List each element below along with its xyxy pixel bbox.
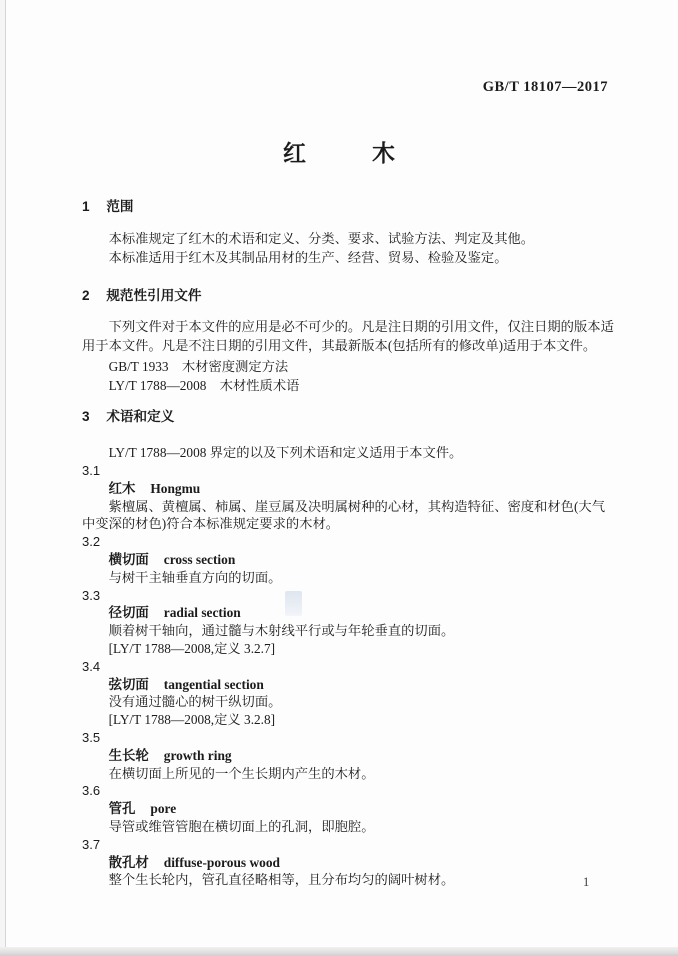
term-definition: 在横切面上所见的一个生长期内产生的木材。 [82, 765, 616, 783]
section-terms-and-definitions: 3 术语和定义 LY/T 1788—2008 界定的以及下列术语和定义适用于本文… [82, 407, 616, 462]
term-source: [LY/T 1788—2008,定义 3.2.8] [82, 711, 616, 729]
term-name-cn: 红木 [109, 481, 136, 496]
document-title-text: 红木 [217, 140, 461, 166]
paragraph: 本标准规定了红木的术语和定义、分类、要求、试验方法、判定及其他。 [82, 229, 616, 248]
term-name-cn: 径切面 [109, 605, 149, 620]
reference-item: GB/T 1933 木材密度测定方法 [82, 357, 616, 376]
term-number: 3.6 [82, 782, 616, 800]
term-definition: 与树干主轴垂直方向的切面。 [82, 569, 616, 587]
term-number: 3.7 [82, 836, 616, 854]
term-name-en: diffuse-porous wood [164, 855, 280, 870]
section-number: 3 [82, 407, 90, 426]
term-title: 横切面cross section [82, 551, 616, 569]
section-normative-references: 2 规范性引用文件 下列文件对于本文件的应用是必不可少的。凡是注日期的引用文件，… [82, 286, 616, 395]
term-number: 3.4 [82, 658, 616, 676]
page-number: 1 [583, 875, 589, 890]
term-definition: 导管或维管管胞在横切面上的孔洞，即胞腔。 [82, 818, 616, 836]
term-name-cn: 生长轮 [109, 748, 149, 763]
term-title: 径切面radial section [82, 604, 616, 622]
term-number: 3.5 [82, 729, 616, 747]
term-name-en: tangential section [164, 677, 264, 692]
section-scope: 1 范围 本标准规定了红木的术语和定义、分类、要求、试验方法、判定及其他。 本标… [82, 197, 616, 267]
term-entry: 3.5 生长轮growth ring 在横切面上所见的一个生长期内产生的木材。 [82, 729, 616, 782]
term-name-cn: 管孔 [109, 801, 136, 816]
section-title: 范围 [106, 199, 133, 214]
term-name-en: cross section [164, 552, 236, 567]
section-number: 1 [82, 197, 90, 216]
paragraph: 下列文件对于本文件的应用是必不可少的。凡是注日期的引用文件，仅注日期的版本适用于… [82, 317, 616, 355]
term-name-cn: 弦切面 [109, 677, 149, 692]
scan-edge-bottom [0, 947, 678, 956]
term-name-cn: 散孔材 [109, 855, 149, 870]
term-title: 散孔材diffuse-porous wood [82, 854, 616, 872]
section-heading: 1 范围 [82, 197, 616, 216]
term-title: 弦切面tangential section [82, 676, 616, 694]
document-title: 红木 [0, 135, 678, 168]
document-body: 1 范围 本标准规定了红木的术语和定义、分类、要求、试验方法、判定及其他。 本标… [82, 189, 616, 889]
term-name-cn: 横切面 [109, 552, 149, 567]
document-page: GB/T 18107—2017 红木 1 范围 本标准规定了红木的术语和定义、分… [0, 0, 678, 956]
section-title: 术语和定义 [106, 409, 174, 424]
term-list: 3.1 红木Hongmu 紫檀属、黄檀属、柿属、崖豆属及决明属树种的心材，其构造… [82, 462, 616, 889]
reference-item: LY/T 1788—2008 木材性质术语 [82, 376, 616, 395]
term-entry: 3.6 管孔pore 导管或维管管胞在横切面上的孔洞，即胞腔。 [82, 782, 616, 835]
paragraph: LY/T 1788—2008 界定的以及下列术语和定义适用于本文件。 [82, 443, 616, 462]
term-definition: 整个生长轮内，管孔直径略相等，且分布均匀的阔叶树材。 [82, 871, 616, 889]
section-heading: 2 规范性引用文件 [82, 286, 616, 305]
term-number: 3.2 [82, 533, 616, 551]
term-entry: 3.2 横切面cross section 与树干主轴垂直方向的切面。 [82, 533, 616, 586]
reference-list: GB/T 1933 木材密度测定方法 LY/T 1788—2008 木材性质术语 [82, 357, 616, 395]
term-number: 3.3 [82, 587, 616, 605]
term-source: [LY/T 1788—2008,定义 3.2.7] [82, 640, 616, 658]
term-entry: 3.4 弦切面tangential section 没有通过髓心的树干纵切面。 … [82, 658, 616, 729]
term-name-en: growth ring [164, 748, 232, 763]
term-entry: 3.3 径切面radial section 顺着树干轴向，通过髓与木射线平行或与… [82, 587, 616, 658]
term-title: 生长轮growth ring [82, 747, 616, 765]
standard-code: GB/T 18107—2017 [483, 79, 608, 96]
term-definition: 顺着树干轴向，通过髓与木射线平行或与年轮垂直的切面。 [82, 622, 616, 640]
paragraph: 本标准适用于红木及其制品用材的生产、经营、贸易、检验及鉴定。 [82, 248, 616, 267]
term-entry: 3.1 红木Hongmu 紫檀属、黄檀属、柿属、崖豆属及决明属树种的心材，其构造… [82, 462, 616, 533]
term-name-en: radial section [164, 605, 241, 620]
section-title: 规范性引用文件 [106, 288, 201, 303]
term-definition: 紫檀属、黄檀属、柿属、崖豆属及决明属树种的心材，其构造特征、密度和材色(大气中变… [82, 498, 616, 534]
section-heading: 3 术语和定义 [82, 407, 616, 426]
watermark-icon [285, 591, 302, 616]
term-name-en: Hongmu [150, 481, 200, 496]
term-title: 管孔pore [82, 800, 616, 818]
term-definition: 没有通过髓心的树干纵切面。 [82, 693, 616, 711]
term-name-en: pore [150, 801, 176, 816]
term-entry: 3.7 散孔材diffuse-porous wood 整个生长轮内，管孔直径略相… [82, 836, 616, 889]
section-number: 2 [82, 286, 90, 305]
term-number: 3.1 [82, 462, 616, 480]
term-title: 红木Hongmu [82, 480, 616, 498]
